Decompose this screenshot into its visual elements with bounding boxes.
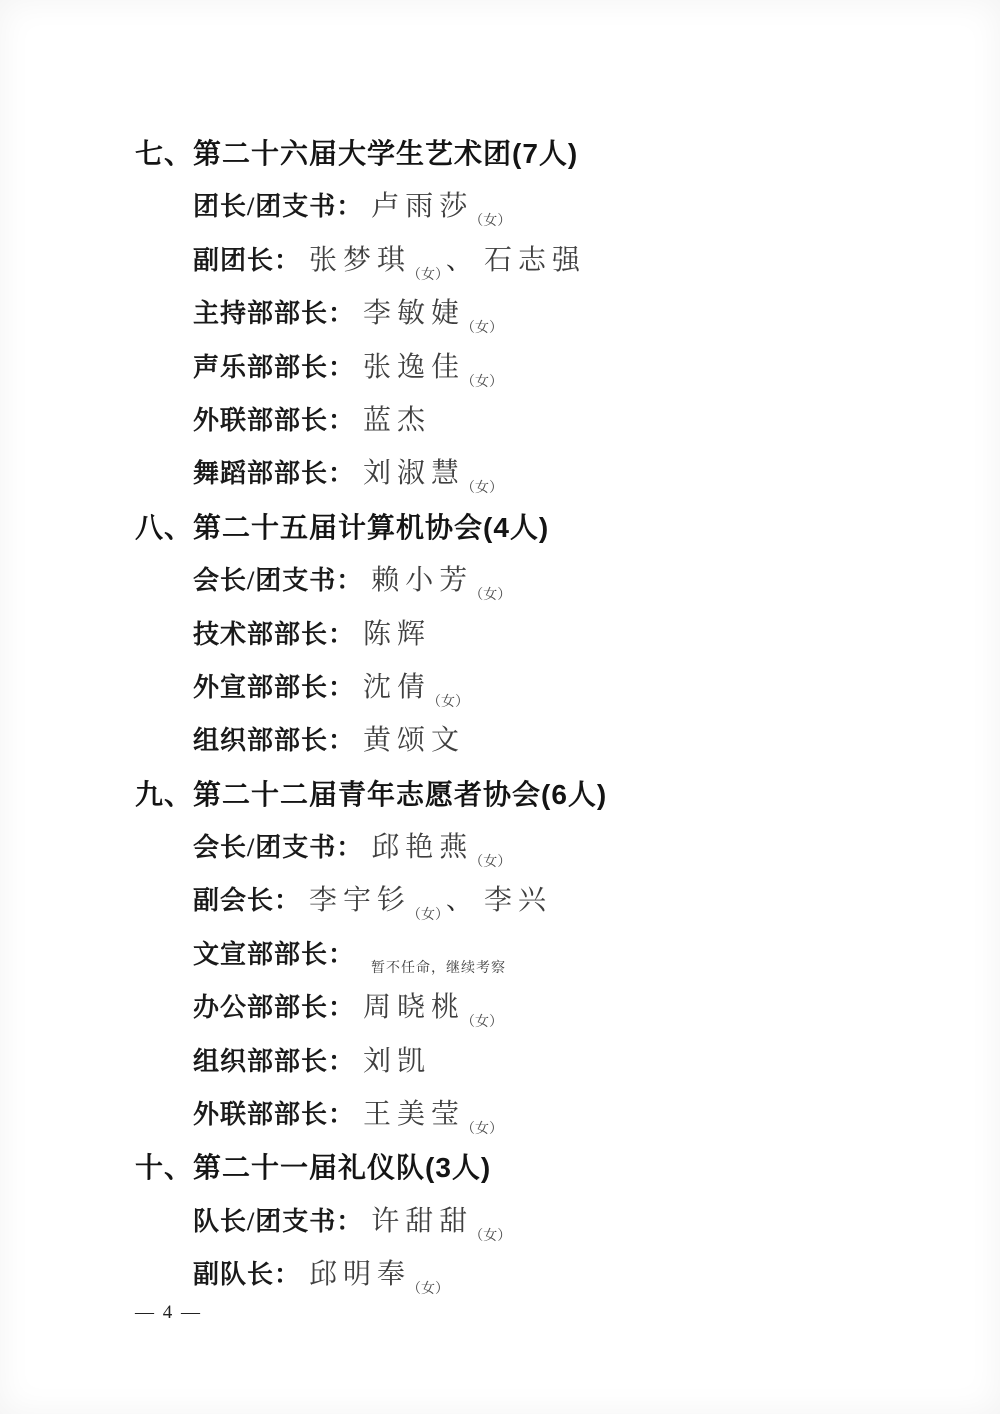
appointment-entry: 团长/团支书：卢雨莎（女） xyxy=(0,180,1000,233)
appointee-name: 张逸佳 xyxy=(363,352,465,383)
appointment-entry: 副会长：李宇钐（女）、李兴 xyxy=(0,874,1000,927)
section-heading: 七、第二十六届大学生艺术团(7人) xyxy=(0,127,1000,180)
appointee-name: 王美莹 xyxy=(363,1099,465,1130)
appointee-name: 张梦琪 xyxy=(309,245,411,276)
appointee-name: 李宇钐 xyxy=(309,885,411,916)
appointment-entry: 队长/团支书：许甜甜（女） xyxy=(0,1195,1000,1248)
appointment-entry: 外联部部长：蓝杰 xyxy=(0,394,1000,447)
appointee-name: 李敏婕 xyxy=(363,298,465,329)
section-heading: 十、第二十一届礼仪队(3人) xyxy=(0,1141,1000,1194)
appointee-name: 刘淑慧 xyxy=(363,458,465,489)
appointee-name: 周晓桃 xyxy=(363,992,465,1023)
position-label: 队长/团支书： xyxy=(193,1207,363,1236)
position-label: 文宣部部长： xyxy=(193,940,355,969)
appointment-entry: 副队长：邱明奉（女） xyxy=(0,1248,1000,1301)
appointment-entry: 外宣部部长：沈倩（女） xyxy=(0,661,1000,714)
page-content: 七、第二十六届大学生艺术团(7人) 团长/团支书：卢雨莎（女） 副团长：张梦琪（… xyxy=(0,127,1000,1302)
document-page: 七、第二十六届大学生艺术团(7人) 团长/团支书：卢雨莎（女） 副团长：张梦琪（… xyxy=(0,0,1000,1414)
gender-annotation: （女） xyxy=(407,268,442,283)
gender-annotation: （女） xyxy=(407,1282,449,1297)
position-label: 舞蹈部部长： xyxy=(193,459,355,488)
appointee-name: 沈倩 xyxy=(363,672,431,703)
page-number: — 4 — xyxy=(135,1302,202,1324)
gender-annotation: （女） xyxy=(469,1229,511,1244)
position-label: 会长/团支书： xyxy=(193,566,363,595)
appointee-name: 赖小芳 xyxy=(371,565,473,596)
appointee-name: 邱艳燕 xyxy=(371,832,473,863)
appointment-entry: 副团长：张梦琪（女）、石志强 xyxy=(0,234,1000,287)
gender-annotation: （女） xyxy=(461,1122,503,1137)
gender-annotation: （女） xyxy=(461,481,503,496)
appointee-name: 刘凯 xyxy=(363,1046,431,1077)
appointee-name: 许甜甜 xyxy=(371,1206,473,1237)
gender-annotation: （女） xyxy=(461,1015,503,1030)
name-separator: 、 xyxy=(446,246,472,275)
appointee-name: 黄颂文 xyxy=(363,725,465,756)
appointment-entry: 主持部部长：李敏婕（女） xyxy=(0,287,1000,340)
position-label: 组织部部长： xyxy=(193,1047,355,1076)
gender-annotation: （女） xyxy=(461,321,503,336)
appointment-entry: 声乐部部长：张逸佳（女） xyxy=(0,341,1000,394)
position-label: 副会长： xyxy=(193,886,301,915)
position-label: 组织部部长： xyxy=(193,726,355,755)
appointment-entry: 组织部部长：黄颂文 xyxy=(0,714,1000,767)
appointee-name: 蓝杰 xyxy=(363,405,431,436)
appointment-entry: 组织部部长：刘凯 xyxy=(0,1035,1000,1088)
appointment-entry: 舞蹈部部长：刘淑慧（女） xyxy=(0,447,1000,500)
gender-annotation: （女） xyxy=(461,375,503,390)
gender-annotation: （女） xyxy=(469,588,511,603)
appointment-entry: 会长/团支书：邱艳燕（女） xyxy=(0,821,1000,874)
position-label: 外联部部长： xyxy=(193,1100,355,1129)
position-label: 副队长： xyxy=(193,1260,301,1289)
appointment-entry: 文宣部部长：暂不任命，继续考察 xyxy=(0,928,1000,981)
appointment-entry: 会长/团支书：赖小芳（女） xyxy=(0,554,1000,607)
section-heading: 八、第二十五届计算机协会(4人) xyxy=(0,501,1000,554)
position-label: 外联部部长： xyxy=(193,406,355,435)
appointee-name: 石志强 xyxy=(484,245,586,276)
appointment-entry: 办公部部长：周晓桃（女） xyxy=(0,981,1000,1034)
position-label: 技术部部长： xyxy=(193,620,355,649)
gender-annotation: （女） xyxy=(427,695,469,710)
position-label: 副团长： xyxy=(193,246,301,275)
appointee-name: 卢雨莎 xyxy=(371,191,473,222)
gender-annotation: （女） xyxy=(469,855,511,870)
appointee-name: 邱明奉 xyxy=(309,1259,411,1290)
appointment-entry: 技术部部长：陈辉 xyxy=(0,608,1000,661)
gender-annotation: （女） xyxy=(407,908,442,923)
gender-annotation: （女） xyxy=(469,214,511,229)
name-separator: 、 xyxy=(446,886,472,915)
section-heading: 九、第二十二届青年志愿者协会(6人) xyxy=(0,768,1000,821)
position-label: 会长/团支书： xyxy=(193,833,363,862)
pending-appointment-note: 暂不任命，继续考察 xyxy=(371,961,506,976)
appointee-name: 李兴 xyxy=(484,885,552,916)
appointment-entry: 外联部部长：王美莹（女） xyxy=(0,1088,1000,1141)
position-label: 主持部部长： xyxy=(193,299,355,328)
position-label: 团长/团支书： xyxy=(193,192,363,221)
position-label: 办公部部长： xyxy=(193,993,355,1022)
position-label: 外宣部部长： xyxy=(193,673,355,702)
appointee-name: 陈辉 xyxy=(363,619,431,650)
position-label: 声乐部部长： xyxy=(193,353,355,382)
